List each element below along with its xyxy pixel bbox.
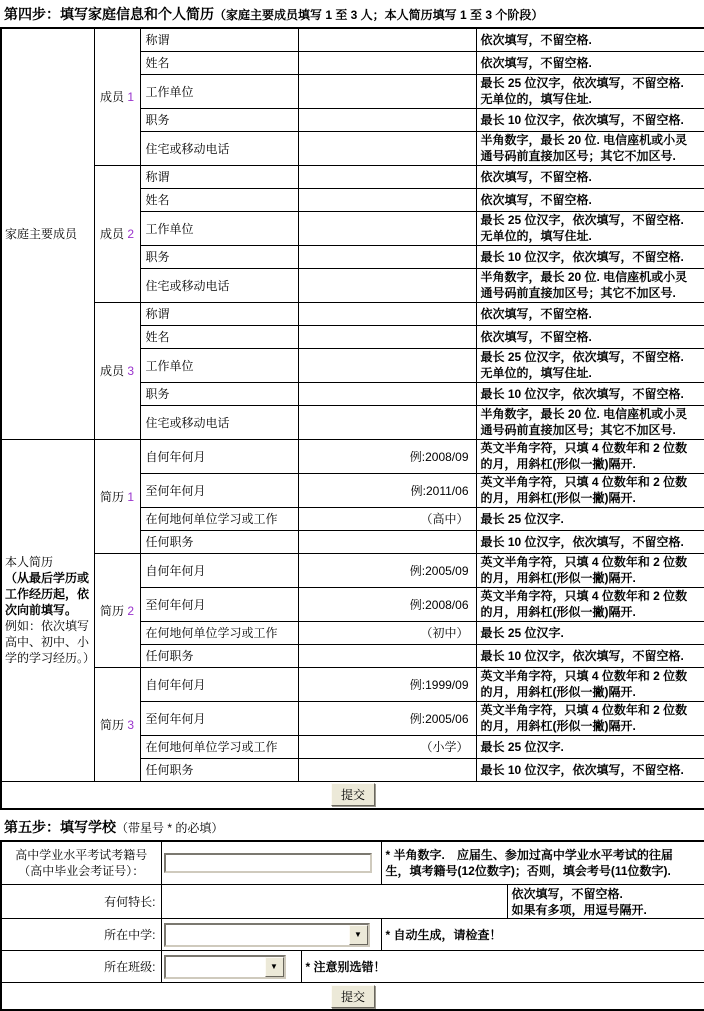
field-label: 至何年何月	[140, 473, 298, 507]
member-1-workunit-input-cell[interactable]	[298, 74, 476, 108]
field-label: 任何职务	[140, 530, 298, 553]
example-text: 例:2008/09	[410, 450, 469, 464]
specialty-note: 依次填写，不留空格.如果有多项，用逗号隔开.	[507, 885, 704, 919]
resume-2-group-label: 简历 2	[94, 553, 140, 667]
step4-title-text: 第四步：填写家庭信息和个人简历	[4, 6, 214, 22]
resume-3-position-input-cell[interactable]	[298, 758, 476, 781]
group-label-text: 简历	[100, 718, 124, 732]
resume-3-to-date-input-cell[interactable]: 例:2005/06	[298, 701, 476, 735]
resume-note-bold: （从最后学历或工作经历起，依次向前填写。	[5, 570, 91, 618]
field-label: 任何职务	[140, 758, 298, 781]
member-3-title-input-cell[interactable]	[298, 302, 476, 325]
step4-title: 第四步：填写家庭信息和个人简历（家庭主要成员填写 1 至 3 人；本人简历填写 …	[4, 4, 704, 24]
member-1-title-input-cell[interactable]	[298, 28, 476, 51]
field-note: 最长 25 位汉字.	[476, 735, 704, 758]
field-label: 称谓	[140, 28, 298, 51]
dropdown-arrow-icon[interactable]: ▼	[349, 925, 368, 945]
group-number: 1	[127, 90, 134, 104]
member-2-position-input-cell[interactable]	[298, 245, 476, 268]
step5-title-text: 第五步：填写学校	[4, 819, 116, 835]
school-label: 所在中学:	[1, 919, 161, 951]
group-number: 3	[127, 718, 134, 732]
field-label: 称谓	[140, 302, 298, 325]
member-1-phone-input-cell[interactable]	[298, 131, 476, 165]
field-note: 依次填写，不留空格.	[476, 188, 704, 211]
field-note: 英文半角字符，只填 4 位数年和 2 位数的月，用斜杠(形似一撇)隔开.	[476, 701, 704, 735]
field-label: 自何年何月	[140, 553, 298, 587]
specialty-input-cell	[161, 885, 507, 919]
field-note: 半角数字，最长 20 位. 电信座机或小灵通号码前直接加区号；其它不加区号.	[476, 131, 704, 165]
step4-form-table: 家庭主要成员 成员 1 称谓 依次填写，不留空格. 姓名依次填写，不留空格. 工…	[0, 27, 704, 810]
example-text: （初中）	[420, 626, 468, 640]
school-selected-value	[166, 925, 349, 945]
step5-submit-button[interactable]: 提交	[331, 985, 375, 1008]
field-label: 至何年何月	[140, 701, 298, 735]
field-label: 姓名	[140, 325, 298, 348]
field-label: 姓名	[140, 188, 298, 211]
exam-id-label: 高中学业水平考试考籍号（高中毕业会考证号）：	[1, 841, 161, 885]
class-select[interactable]: ▼	[164, 955, 286, 979]
member-3-group-label: 成员 3	[94, 302, 140, 439]
class-label: 所在班级:	[1, 951, 161, 983]
field-note: 最长 25 位汉字.	[476, 507, 704, 530]
step4-submit-button[interactable]: 提交	[331, 783, 375, 806]
field-label: 在何地何单位学习或工作	[140, 507, 298, 530]
example-text: 例:2005/09	[410, 564, 469, 578]
resume-note-regular: 例如：依次填写高中、初中、小学的学习经历。）	[5, 618, 91, 666]
field-label: 姓名	[140, 51, 298, 74]
member-2-workunit-input-cell[interactable]	[298, 211, 476, 245]
field-label: 在何地何单位学习或工作	[140, 621, 298, 644]
field-note: 英文半角字符，只填 4 位数年和 2 位数的月，用斜杠(形似一撇)隔开.	[476, 667, 704, 701]
field-note: 半角数字，最长 20 位. 电信座机或小灵通号码前直接加区号；其它不加区号.	[476, 268, 704, 302]
field-note: 依次填写，不留空格.	[476, 28, 704, 51]
field-label: 职务	[140, 108, 298, 131]
field-note: 半角数字，最长 20 位. 电信座机或小灵通号码前直接加区号；其它不加区号.	[476, 405, 704, 439]
resume-3-from-date-input-cell[interactable]: 例:1999/09	[298, 667, 476, 701]
example-text: （高中）	[420, 512, 468, 526]
member-3-name-input-cell[interactable]	[298, 325, 476, 348]
dropdown-arrow-icon[interactable]: ▼	[265, 957, 284, 977]
field-label: 至何年何月	[140, 587, 298, 621]
field-label: 任何职务	[140, 644, 298, 667]
field-note: 最长 10 位汉字，依次填写，不留空格.	[476, 758, 704, 781]
field-label: 自何年何月	[140, 439, 298, 473]
step4-submit-row: 提交	[1, 781, 704, 809]
exam-id-input[interactable]	[164, 853, 372, 873]
field-note: 依次填写，不留空格.	[476, 302, 704, 325]
field-note: 英文半角字符，只填 4 位数年和 2 位数的月，用斜杠(形似一撇)隔开.	[476, 587, 704, 621]
resume-2-from-date-input-cell[interactable]: 例:2005/09	[298, 553, 476, 587]
example-text: 例:2005/06	[410, 712, 469, 726]
group-label-text: 成员	[100, 364, 124, 378]
specialty-label: 有何特长:	[1, 885, 161, 919]
member-2-name-input-cell[interactable]	[298, 188, 476, 211]
field-note: 最长 25 位汉字，依次填写，不留空格.无单位的，填写住址.	[476, 74, 704, 108]
field-label: 自何年何月	[140, 667, 298, 701]
resume-2-position-input-cell[interactable]	[298, 644, 476, 667]
example-text: 例:1999/09	[410, 678, 469, 692]
step5-form-table: 高中学业水平考试考籍号（高中毕业会考证号）： * 半角数字. 应届生、参加过高中…	[0, 840, 704, 1011]
field-note: 最长 25 位汉字，依次填写，不留空格.无单位的，填写住址.	[476, 348, 704, 382]
field-note: 最长 25 位汉字，依次填写，不留空格.无单位的，填写住址.	[476, 211, 704, 245]
step5-title: 第五步：填写学校（带星号 * 的必填）	[4, 817, 704, 837]
resume-1-from-date-input-cell[interactable]: 例:2008/09	[298, 439, 476, 473]
member-1-position-input-cell[interactable]	[298, 108, 476, 131]
member-2-title-input-cell[interactable]	[298, 165, 476, 188]
group-number: 3	[127, 364, 134, 378]
group-number: 2	[127, 227, 134, 241]
resume-group-label: 本人简历 （从最后学历或工作经历起，依次向前填写。 例如：依次填写高中、初中、小…	[1, 439, 94, 781]
member-3-workunit-input-cell[interactable]	[298, 348, 476, 382]
field-note: 英文半角字符，只填 4 位数年和 2 位数的月，用斜杠(形似一撇)隔开.	[476, 473, 704, 507]
school-select[interactable]: ▼	[164, 923, 370, 947]
example-text: 例:2011/06	[411, 484, 469, 498]
resume-1-place-input-cell[interactable]: （高中）	[298, 507, 476, 530]
exam-id-note: * 半角数字. 应届生、参加过高中学业水平考试的往届生，填考籍号(12位数字)；…	[381, 841, 704, 885]
member-2-group-label: 成员 2	[94, 165, 140, 302]
example-text: 例:2008/06	[410, 598, 469, 612]
resume-1-position-input-cell[interactable]	[298, 530, 476, 553]
field-note: 英文半角字符，只填 4 位数年和 2 位数的月，用斜杠(形似一撇)隔开.	[476, 553, 704, 587]
school-note: * 自动生成，请检查！	[381, 919, 704, 951]
field-note: 最长 10 位汉字，依次填写，不留空格.	[476, 644, 704, 667]
group-label-text: 成员	[100, 227, 124, 241]
field-note: 最长 10 位汉字，依次填写，不留空格.	[476, 382, 704, 405]
class-selected-value	[166, 957, 265, 977]
field-note: 最长 10 位汉字，依次填写，不留空格.	[476, 530, 704, 553]
resume-2-to-date-input-cell[interactable]: 例:2008/06	[298, 587, 476, 621]
field-label: 工作单位	[140, 348, 298, 382]
class-select-cell: ▼	[161, 951, 301, 983]
resume-3-place-input-cell[interactable]: （小学）	[298, 735, 476, 758]
field-label: 工作单位	[140, 211, 298, 245]
field-label: 住宅或移动电话	[140, 268, 298, 302]
field-label: 工作单位	[140, 74, 298, 108]
resume-3-group-label: 简历 3	[94, 667, 140, 781]
field-label: 住宅或移动电话	[140, 405, 298, 439]
field-note: 最长 10 位汉字，依次填写，不留空格.	[476, 108, 704, 131]
field-label: 住宅或移动电话	[140, 131, 298, 165]
field-label: 职务	[140, 382, 298, 405]
field-label: 职务	[140, 245, 298, 268]
field-note: 依次填写，不留空格.	[476, 325, 704, 348]
member-2-phone-input-cell[interactable]	[298, 268, 476, 302]
field-note: 依次填写，不留空格.	[476, 165, 704, 188]
field-note: 最长 25 位汉字.	[476, 621, 704, 644]
member-1-name-input-cell[interactable]	[298, 51, 476, 74]
member-3-phone-input-cell[interactable]	[298, 405, 476, 439]
specialty-input[interactable]	[164, 889, 500, 915]
field-label: 在何地何单位学习或工作	[140, 735, 298, 758]
group-label-text: 简历	[100, 490, 124, 504]
group-label-text: 简历	[100, 604, 124, 618]
member-1-group-label: 成员 1	[94, 28, 140, 165]
family-group-label: 家庭主要成员	[1, 28, 94, 439]
resume-2-place-input-cell[interactable]: （初中）	[298, 621, 476, 644]
group-number: 2	[127, 604, 134, 618]
group-label-text: 成员	[100, 90, 124, 104]
field-note: 英文半角字符，只填 4 位数年和 2 位数的月，用斜杠(形似一撇)隔开.	[476, 439, 704, 473]
class-note: * 注意别选错！	[301, 951, 704, 983]
example-text: （小学）	[420, 740, 468, 754]
group-number: 1	[127, 490, 134, 504]
resume-label-text: 本人简历	[5, 554, 91, 570]
school-select-cell: ▼	[161, 919, 381, 951]
field-note: 最长 10 位汉字，依次填写，不留空格.	[476, 245, 704, 268]
field-note: 依次填写，不留空格.	[476, 51, 704, 74]
member-3-position-input-cell[interactable]	[298, 382, 476, 405]
step5-title-note: （带星号 * 的必填）	[116, 821, 223, 835]
resume-1-group-label: 简历 1	[94, 439, 140, 553]
exam-id-input-cell	[161, 841, 381, 885]
field-label: 称谓	[140, 165, 298, 188]
resume-1-to-date-input-cell[interactable]: 例:2011/06	[298, 473, 476, 507]
step4-title-note: （家庭主要成员填写 1 至 3 人；本人简历填写 1 至 3 个阶段）	[214, 8, 543, 22]
